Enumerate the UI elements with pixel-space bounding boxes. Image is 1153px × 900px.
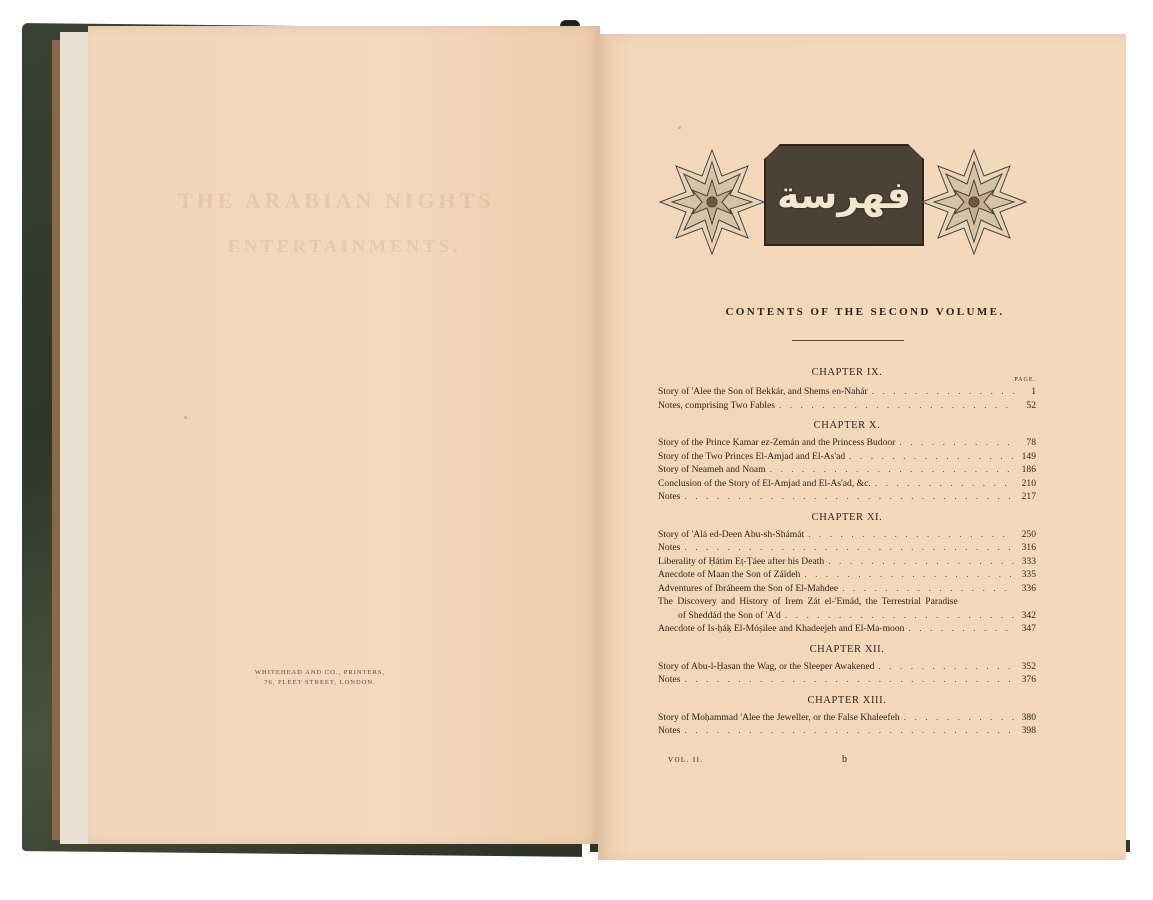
page-number: 149 xyxy=(1018,450,1036,464)
page-number: 1 xyxy=(1018,385,1036,399)
page-number: 347 xyxy=(1018,622,1036,636)
page-number: 352 xyxy=(1018,660,1036,674)
rosette-left-icon xyxy=(656,146,768,258)
page-number: 217 xyxy=(1018,490,1036,504)
toc-entry: Liberality of Ḥátim Eṭ-Ṭáee after his De… xyxy=(658,555,1036,569)
dot-leader xyxy=(849,450,1014,464)
chapter-section: CHAPTER XI. Story of 'Alá ed-Deen Abu-sh… xyxy=(658,511,1036,636)
page-number: 52 xyxy=(1018,399,1036,413)
dot-leader xyxy=(878,660,1014,674)
ornament-title-panel: فهرسة xyxy=(764,144,924,246)
left-page: THE ARABIAN NIGHTS ENTERTAINMENTS. xyxy=(88,26,600,844)
show-through-text: THE ARABIAN NIGHTS xyxy=(178,188,495,214)
dot-leader xyxy=(872,385,1014,399)
page-number: 316 xyxy=(1018,541,1036,555)
dot-leader xyxy=(804,568,1014,582)
toc-entry: Story of Moḥammad 'Alee the Jeweller, or… xyxy=(658,711,1036,725)
show-through-text: ENTERTAINMENTS. xyxy=(228,236,462,257)
dot-leader xyxy=(875,477,1014,491)
dot-leader xyxy=(684,673,1014,687)
chapter-heading: CHAPTER X. xyxy=(658,419,1036,433)
chapter-section: CHAPTER XIII. Story of Moḥammad 'Alee th… xyxy=(658,694,1036,738)
toc-entry-first-line: The Discovery and History of Irem Zát el… xyxy=(658,595,1036,609)
arabic-heading: فهرسة xyxy=(777,173,911,217)
table-of-contents: CHAPTER IX. PAGE. Story of 'Alee the Son… xyxy=(658,366,1036,745)
title-rule xyxy=(792,340,904,341)
ornamental-headpiece: فهرسة xyxy=(656,142,1036,262)
imprint-line-1: Whitehead and Co., Printers, xyxy=(200,668,440,678)
toc-entry: Conclusion of the Story of El-Amjad and … xyxy=(658,477,1036,491)
toc-entry: of Sheddád the Son of 'A'd342 xyxy=(658,609,1036,623)
dot-leader xyxy=(684,541,1014,555)
page-footer: VOL. II. b xyxy=(664,754,1036,768)
printer-imprint: Whitehead and Co., Printers, 76, Fleet S… xyxy=(200,668,440,688)
toc-entry: Story of the Prince Ḳamar ez-Zemán and t… xyxy=(658,436,1036,450)
page-number: 186 xyxy=(1018,463,1036,477)
toc-entry: Story of Neameh and Noam186 xyxy=(658,463,1036,477)
dot-leader xyxy=(684,490,1014,504)
page-number: 78 xyxy=(1018,436,1036,450)
toc-entry: Story of the Two Princes El-Amjad and El… xyxy=(658,450,1036,464)
chapter-heading: CHAPTER XII. xyxy=(658,643,1036,657)
chapter-section: CHAPTER XII. Story of Abu-l-Ḥasan the Wa… xyxy=(658,643,1036,687)
toc-entry: Notes398 xyxy=(658,724,1036,738)
dot-leader xyxy=(904,711,1014,725)
toc-entry: Notes, comprising Two Fables52 xyxy=(658,399,1036,413)
rosette-right-icon xyxy=(918,146,1030,258)
page-number: 380 xyxy=(1018,711,1036,725)
chapter-heading: CHAPTER XIII. xyxy=(658,694,1036,708)
page-number: 342 xyxy=(1018,609,1036,623)
page-number: 376 xyxy=(1018,673,1036,687)
volume-mark: VOL. II. xyxy=(668,756,704,764)
dot-leader xyxy=(828,555,1014,569)
contents-title: CONTENTS OF THE SECOND VOLUME. xyxy=(650,306,1080,318)
toc-entry: Story of 'Alee the Son of Bekkár, and Sh… xyxy=(658,385,1036,399)
page-number: 335 xyxy=(1018,568,1036,582)
dot-leader xyxy=(808,528,1014,542)
toc-entry: Story of Abu-l-Ḥasan the Wag, or the Sle… xyxy=(658,660,1036,674)
chapter-section: CHAPTER X. Story of the Prince Ḳamar ez-… xyxy=(658,419,1036,504)
toc-entry: Story of 'Alá ed-Deen Abu-sh-Shámát250 xyxy=(658,528,1036,542)
dot-leader xyxy=(842,582,1014,596)
page-number: 398 xyxy=(1018,724,1036,738)
dot-leader xyxy=(684,724,1014,738)
dot-leader xyxy=(899,436,1014,450)
page-number: 336 xyxy=(1018,582,1036,596)
imprint-line-2: 76, Fleet Street, London. xyxy=(200,678,440,688)
dot-leader xyxy=(770,463,1014,477)
toc-entry: Notes217 xyxy=(658,490,1036,504)
toc-entry: Notes316 xyxy=(658,541,1036,555)
chapter-heading: CHAPTER XI. xyxy=(658,511,1036,525)
page-number: 333 xyxy=(1018,555,1036,569)
signature-mark: b xyxy=(842,754,847,765)
foxing-spot xyxy=(184,416,187,419)
dot-leader xyxy=(908,622,1014,636)
page-number: 210 xyxy=(1018,477,1036,491)
toc-entry: Adventures of Ibráheem the Son of El-Mah… xyxy=(658,582,1036,596)
chapter-section: CHAPTER IX. PAGE. Story of 'Alee the Son… xyxy=(658,366,1036,412)
page-number: 250 xyxy=(1018,528,1036,542)
dot-leader xyxy=(779,399,1014,413)
toc-entry: Anecdote of Is-ḥáḳ El-Móṣilee and Khadee… xyxy=(658,622,1036,636)
toc-entry: Notes376 xyxy=(658,673,1036,687)
foxing-spot xyxy=(678,126,681,129)
dot-leader xyxy=(785,609,1014,623)
toc-entry: Anecdote of Maan the Son of Záïdeh335 xyxy=(658,568,1036,582)
